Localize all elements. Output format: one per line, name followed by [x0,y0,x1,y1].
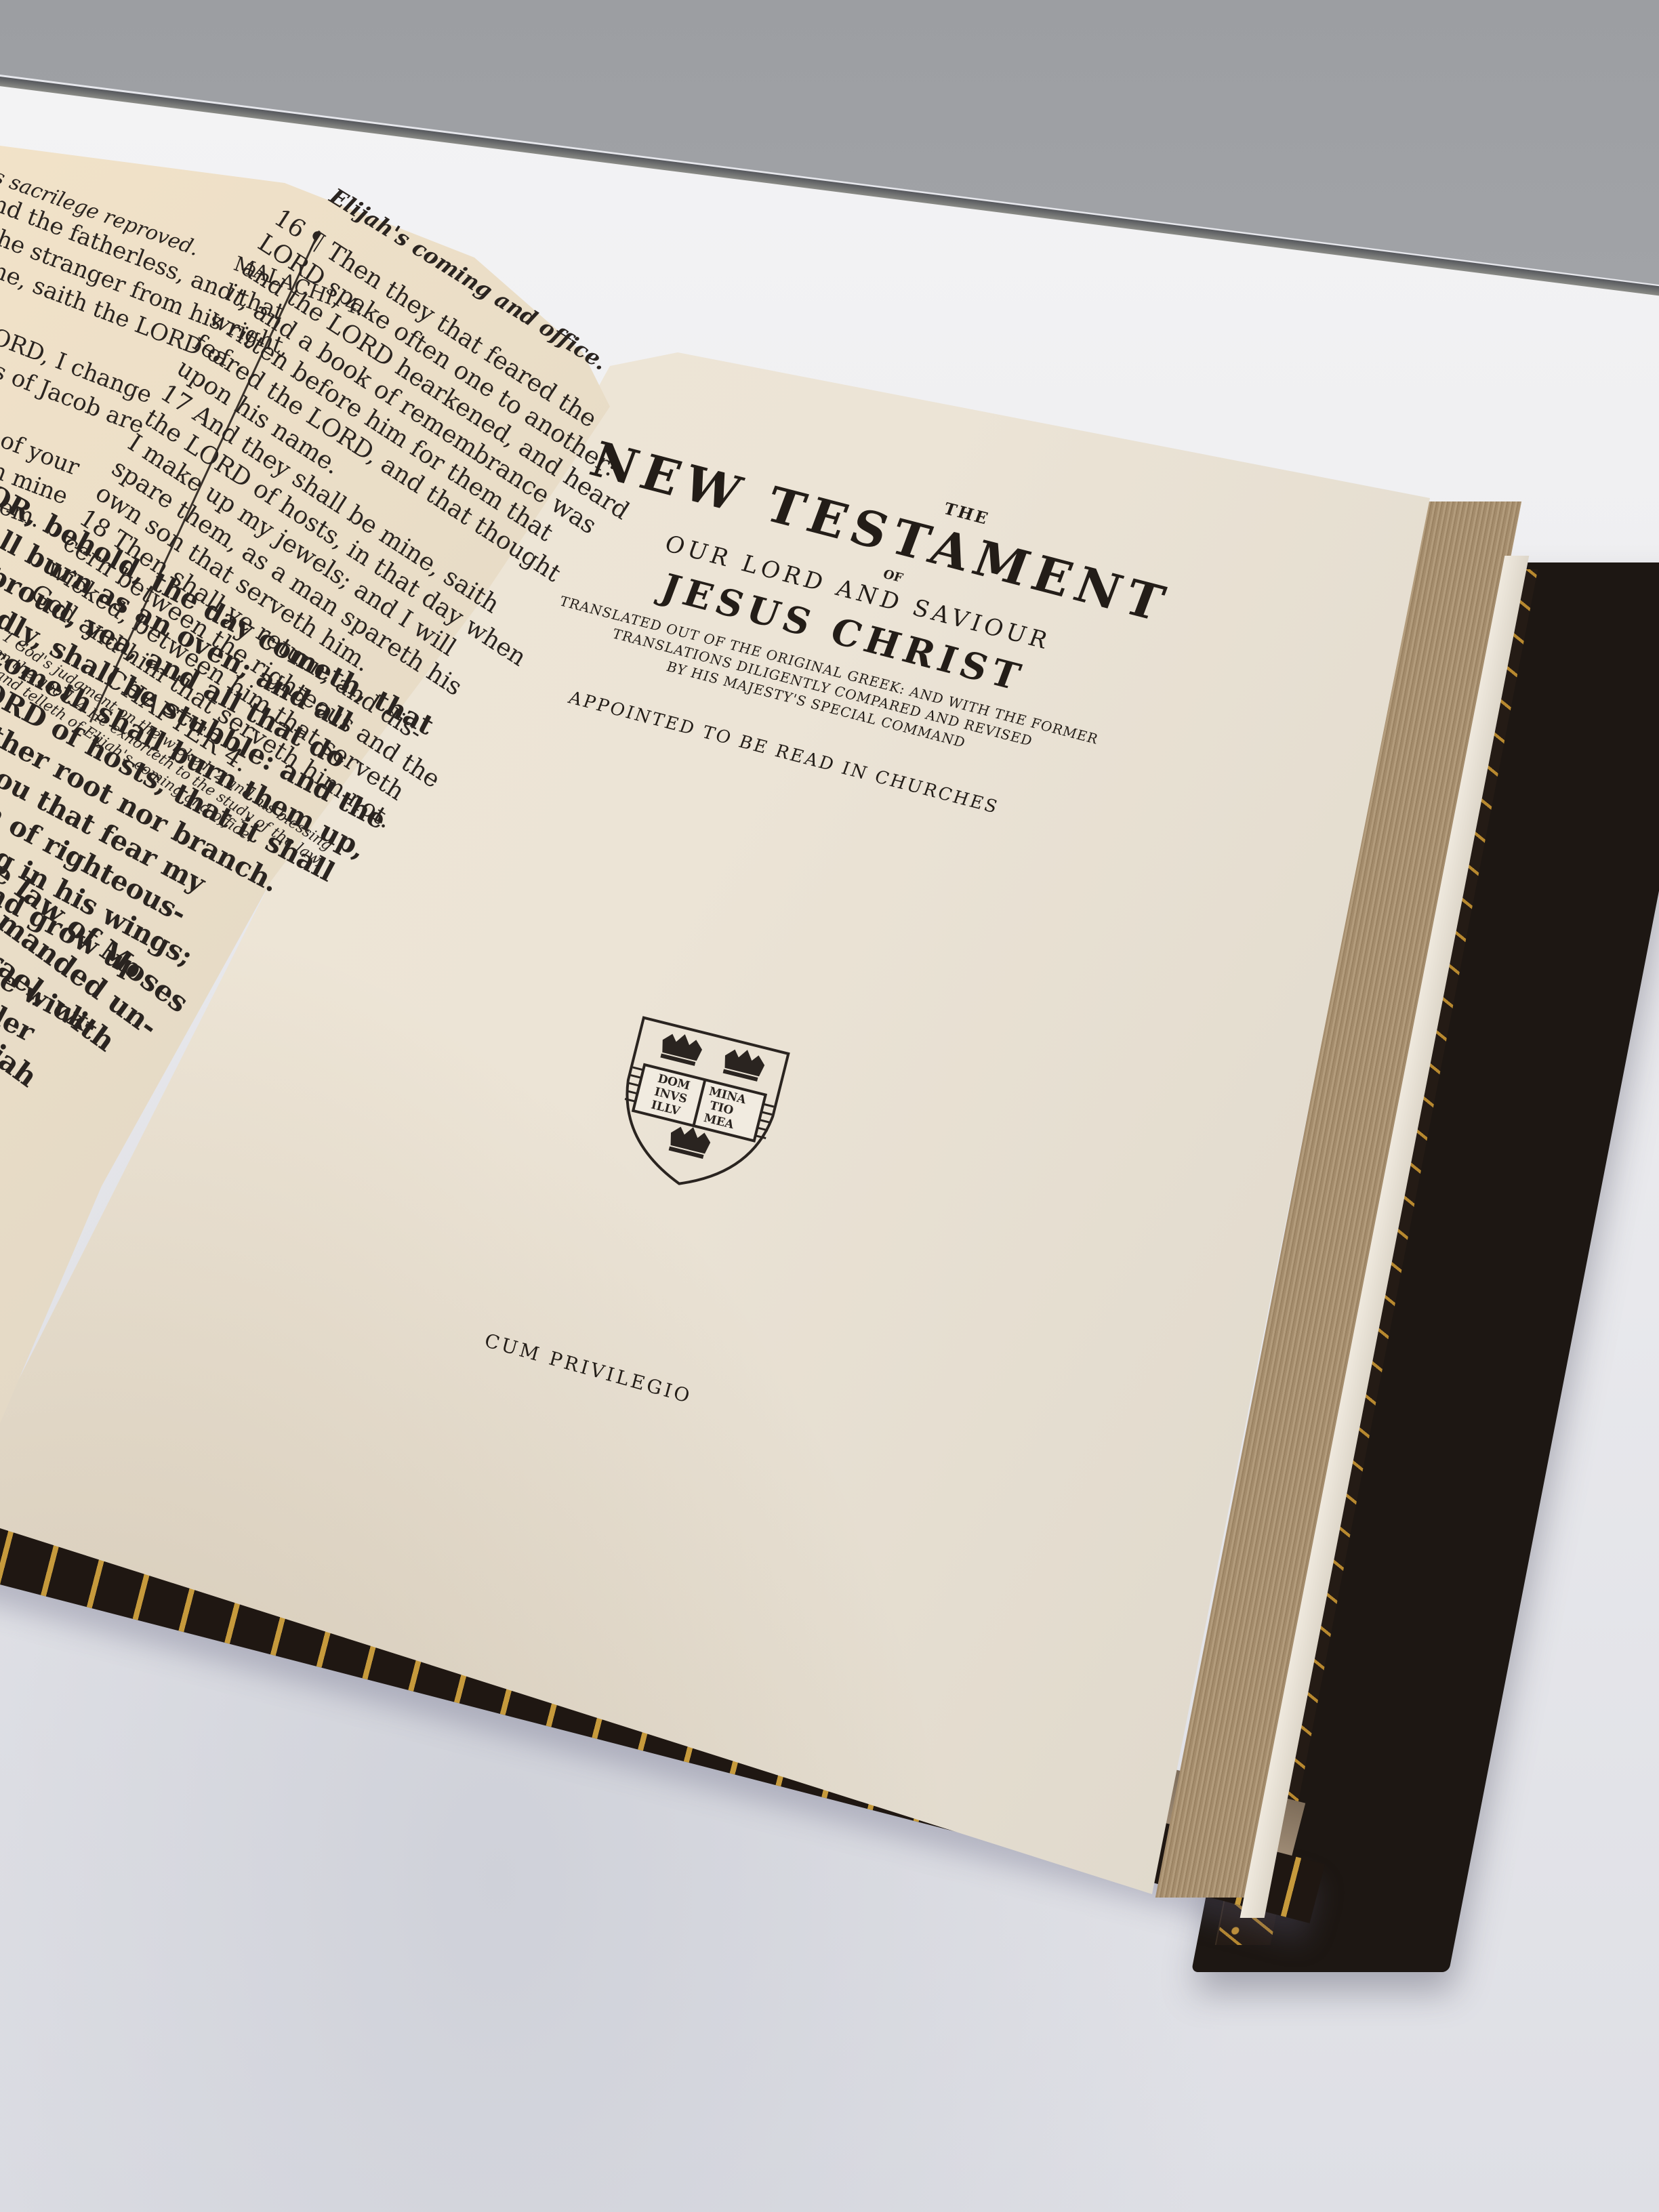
photo-scene: 's sacrilege reproved. MALACHI, 4. Elija… [0,0,1659,2212]
